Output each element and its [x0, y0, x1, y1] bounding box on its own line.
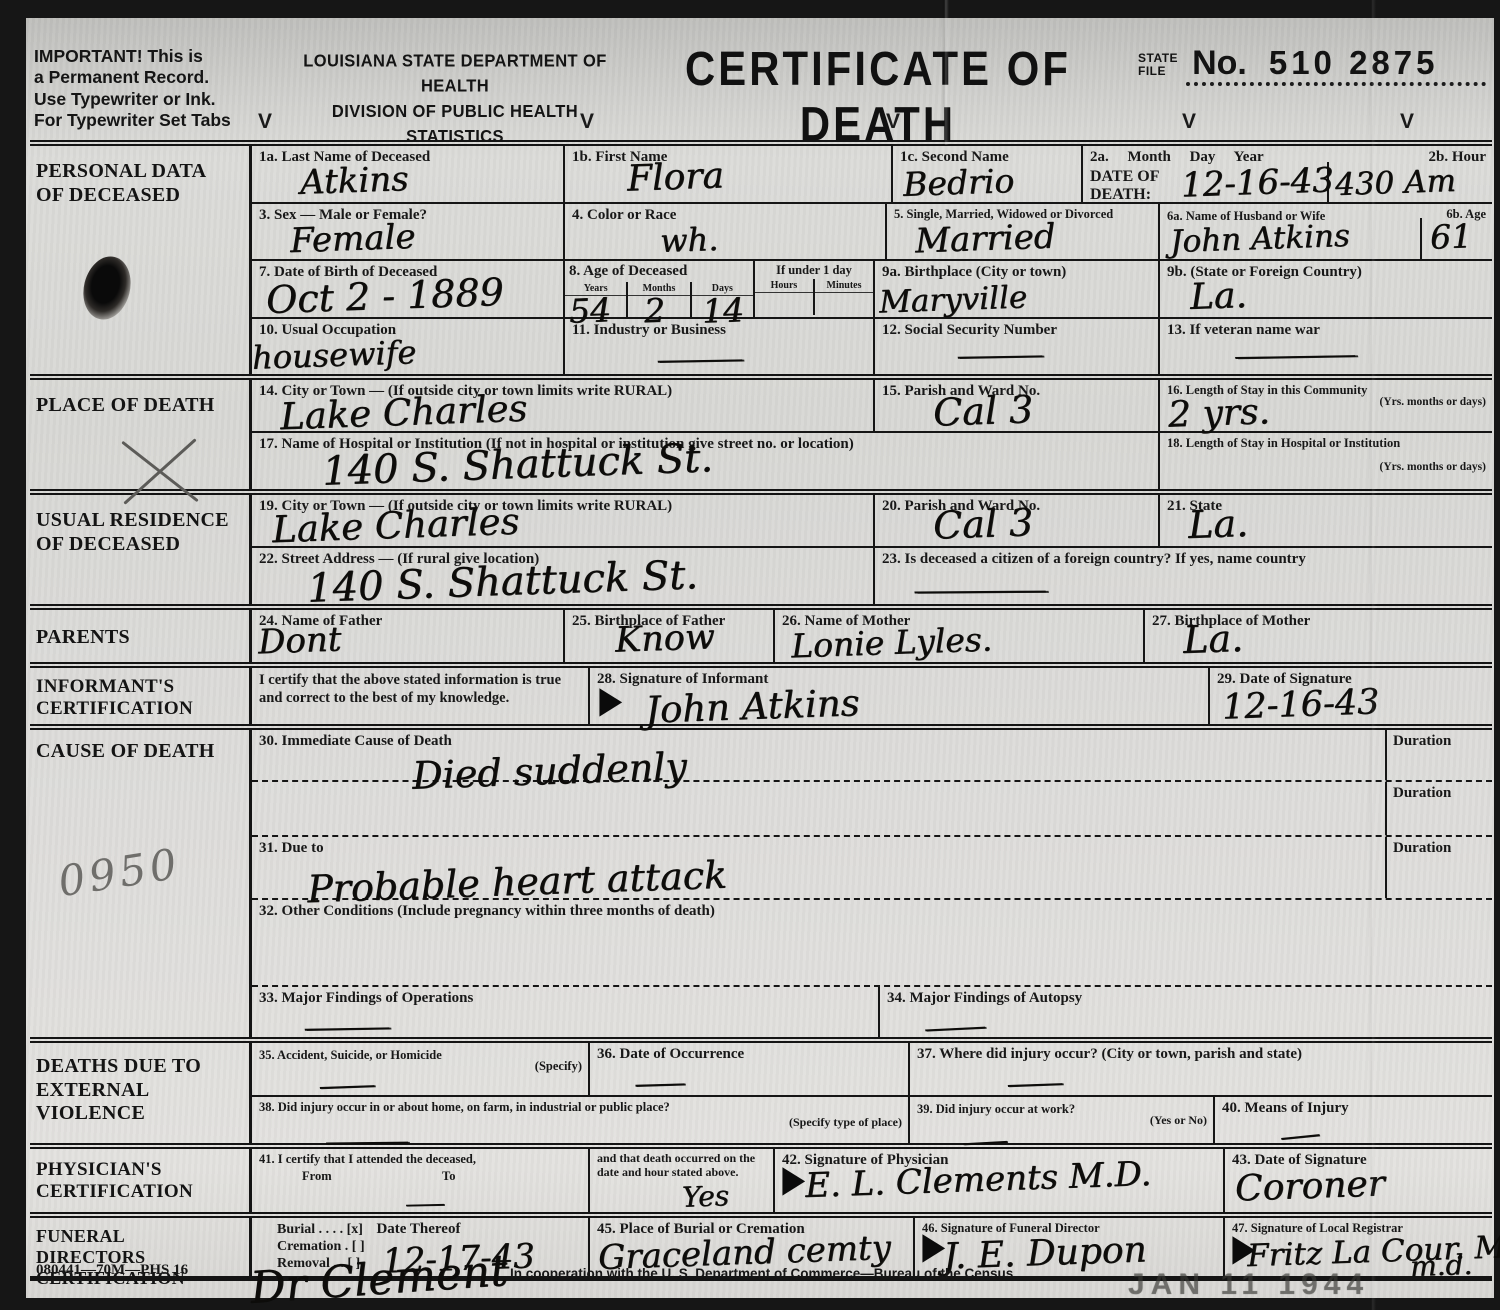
handwritten-dash: —	[298, 1012, 396, 1044]
field-4-color-race: 4. Color or Race wh.	[565, 204, 887, 259]
handwritten-birthplace: Maryville	[879, 282, 1028, 318]
field-13-veteran: 13. If veteran name war —	[1160, 319, 1492, 374]
tab-marker: V	[580, 110, 594, 134]
section-label-place: PLACE OF DEATH	[30, 380, 252, 489]
signature-arrow-icon: ►	[592, 677, 630, 725]
field-9a-birthplace: 9a. Birthplace (City or town) Maryville	[875, 261, 1160, 317]
row-occupation: 10. Usual Occupation housewife 11. Indus…	[252, 317, 1492, 374]
field-36-date-of-occurrence: 36. Date of Occurrence —	[590, 1043, 910, 1095]
field-label: 12. Social Security Number	[882, 322, 1151, 339]
handwritten-mother-name: Lonie Lyles.	[790, 623, 992, 663]
field-label: 18. Length of Stay in Hospital or Instit…	[1167, 436, 1485, 450]
field-29-signature-date: 29. Date of Signature 12-16-43	[1210, 668, 1492, 724]
field-28-informant-signature: 28. Signature of Informant ► John Atkins	[590, 668, 1210, 724]
handwritten-last-name: Atkins	[299, 162, 409, 200]
age-months-col: Months 2	[628, 282, 691, 318]
field-under-1-day: If under 1 day Hours Minutes	[755, 261, 875, 317]
handwritten-informant-signature: John Atkins	[644, 684, 860, 728]
field-label: If under 1 day	[755, 261, 873, 279]
handwritten-dash: —	[1225, 340, 1366, 372]
to-label: To	[442, 1169, 455, 1183]
duration-label: Duration	[1393, 785, 1451, 801]
field-34-autopsy: 34. Major Findings of Autopsy —	[880, 987, 1492, 1037]
row-findings: 33. Major Findings of Operations — 34. M…	[252, 985, 1492, 1037]
field-31-due-to: 31. Due to Probable heart attack	[252, 837, 1385, 898]
field-label: 41. I certify that I attended the deceas…	[259, 1152, 581, 1166]
section-usual-residence: USUAL RESIDENCE OF DECEASED 19. City or …	[30, 489, 1492, 604]
handwritten-dash: —	[651, 344, 749, 376]
handwritten-dash: —	[403, 1191, 446, 1218]
field-40-means-of-injury: 40. Means of Injury —	[1215, 1097, 1492, 1143]
handwritten-dash: —	[315, 1070, 379, 1102]
field-3-sex: 3. Sex — Male or Female? Female	[252, 204, 565, 259]
field-38-injury-place: 38. Did injury occur in or about home, o…	[252, 1097, 910, 1143]
field-1c-second-name: 1c. Second Name Bedrio	[893, 146, 1083, 202]
handwritten-coroner: Coroner	[1234, 1166, 1385, 1207]
handwritten-dash: —	[320, 1126, 413, 1157]
field-label: 23. Is deceased a citizen of a foreign c…	[882, 551, 1485, 568]
row-parents: 24. Name of Father Dont 25. Birthplace o…	[252, 610, 1492, 662]
duration-label: Duration	[1393, 840, 1451, 856]
field-41-death-occurred: and that death occurred on the date and …	[590, 1149, 775, 1212]
tab-marker: V	[258, 110, 272, 134]
field-27-mother-birthplace: 27. Birthplace of Mother La.	[1145, 610, 1492, 662]
field-sublabel: (Yrs. months or days)	[1380, 396, 1487, 408]
field-30-immediate-cause: 30. Immediate Cause of Death Died sudden…	[252, 730, 1385, 780]
important-line: a Permanent Record.	[34, 67, 269, 88]
tab-marker: V	[886, 110, 900, 134]
handwritten-physician-signature: E. L. Clements M.D.	[805, 1157, 1152, 1203]
important-line: For Typewriter Set Tabs	[34, 110, 269, 131]
handwritten-dash: —	[906, 575, 1055, 606]
field-37-injury-location: 37. Where did injury occur? (City or tow…	[910, 1043, 1492, 1095]
field-sublabel: (Specify)	[535, 1059, 582, 1074]
field-39-injury-at-work: 39. Did injury occur at work? (Yes or No…	[910, 1097, 1215, 1143]
section-label-personal: PERSONAL DATA OF DECEASED	[30, 146, 252, 374]
handwritten-death-date: 12-16-43	[1180, 163, 1334, 202]
handwritten-dash: —	[951, 340, 1049, 372]
section-external-violence: DEATHS DUE TO EXTERNAL VIOLENCE 35. Acci…	[30, 1037, 1492, 1143]
age-divider	[1420, 218, 1422, 259]
field-label: 28. Signature of Informant	[597, 671, 1201, 688]
field-33-operations: 33. Major Findings of Operations —	[252, 987, 880, 1037]
row-birth-age: 7. Date of Birth of Deceased Oct 2 - 188…	[252, 259, 1492, 317]
handwritten-death-city: Lake Charles	[279, 390, 527, 436]
handwritten-second-name: Bedrio	[902, 164, 1014, 201]
field-label: 31. Due to	[259, 840, 1378, 857]
file-label: FILE	[1138, 64, 1166, 78]
field-43-physician-date: 43. Date of Signature Coroner	[1225, 1149, 1492, 1212]
duration-column: Duration	[1385, 782, 1492, 835]
handwritten-birth-state: La.	[1189, 278, 1247, 316]
scanned-death-certificate: IMPORTANT! This is a Permanent Record. U…	[0, 0, 1500, 1310]
hours-label: Hours	[755, 279, 813, 293]
certificate-form: PERSONAL DATA OF DECEASED 1a. Last Name …	[30, 140, 1492, 1281]
field-9b-birth-state: 9b. (State or Foreign Country) La.	[1160, 261, 1492, 317]
handwritten-spouse-age: 61	[1429, 219, 1472, 253]
state-file-label: STATE FILE	[1138, 52, 1178, 78]
important-note: IMPORTANT! This is a Permanent Record. U…	[34, 46, 269, 131]
row-hospital: 17. Name of Hospital or Institution (If …	[252, 431, 1492, 489]
duration-column: Duration	[1385, 730, 1492, 780]
row-residence-city: 19. City or Town — (If outside city or t…	[252, 495, 1492, 546]
label-line: DEATH:	[1090, 186, 1151, 203]
row-death-city: 14. City or Town — (If outside city or t…	[252, 380, 1492, 431]
state-file-number: STATE FILE No. 510 2875	[1138, 52, 1488, 83]
handwritten-hospital: 140 S. Shattuck St.	[321, 438, 713, 492]
from-label: From	[302, 1169, 332, 1183]
issuing-department: LOUISIANA STATE DEPARTMENT OF HEALTH DIV…	[290, 50, 620, 150]
handwritten-marital-status: Married	[914, 220, 1055, 259]
no-label: No.	[1192, 44, 1247, 83]
minutes-label: Minutes	[815, 279, 873, 293]
row-due-to: 31. Due to Probable heart attack Duratio…	[252, 835, 1492, 898]
field-label: 9a. Birthplace (City or town)	[882, 264, 1151, 281]
age-days-col: Days 14	[692, 282, 753, 318]
handwritten-sex: Female	[289, 220, 415, 258]
field-label: 36. Date of Occurrence	[597, 1046, 901, 1063]
handwritten-spouse-name: John Atkins	[1170, 221, 1351, 258]
section-label-parents: PARENTS	[30, 610, 252, 662]
section-informant: INFORMANT'S CERTIFICATION I certify that…	[30, 662, 1492, 724]
handwritten-residence-parish: Cal 3	[932, 503, 1033, 544]
field-25-father-birthplace: 25. Birthplace of Father Know	[565, 610, 775, 662]
handwritten-age-months: 2	[644, 294, 666, 328]
section-physician: PHYSICIAN'S CERTIFICATION 41. I certify …	[30, 1143, 1492, 1212]
tab-marker: V	[1400, 110, 1414, 134]
field-12-ssn: 12. Social Security Number —	[875, 319, 1160, 374]
section-label-violence: DEATHS DUE TO EXTERNAL VIOLENCE	[30, 1043, 252, 1143]
field-41-attended: 41. I certify that I attended the deceas…	[252, 1149, 590, 1212]
cremation-option: Cremation . [ ]	[277, 1239, 365, 1254]
received-date-stamp: JAN 11 1944	[1128, 1268, 1369, 1302]
field-8-age: 8. Age of Deceased Years 54 Months 2 Day…	[565, 261, 755, 317]
minutes-col: Minutes	[815, 279, 873, 315]
field-22-street-address: 22. Street Address — (If rural give loca…	[252, 548, 875, 604]
field-20-parish-ward: 20. Parish and Ward No. Cal 3	[875, 495, 1160, 546]
dotted-leader	[1186, 82, 1486, 86]
field-label: 4. Color or Race	[572, 207, 878, 224]
handwritten-street-address: 140 S. Shattuck St.	[306, 555, 698, 609]
section-label-physician: PHYSICIAN'S CERTIFICATION	[30, 1149, 252, 1212]
handwritten-parish: Cal 3	[932, 390, 1033, 431]
date-of-death-label: DATE OF DEATH:	[1090, 168, 1159, 205]
field-sublabel: (Specify type of place)	[789, 1115, 902, 1130]
handwritten-dash: —	[1003, 1068, 1067, 1100]
handwritten-dash: —	[1276, 1119, 1323, 1153]
handwritten-dash: —	[919, 1012, 992, 1045]
handwritten-signature-date: 12-16-43	[1221, 685, 1379, 725]
form-number: 080441—70M—PHS 16	[36, 1262, 188, 1279]
handwritten-immediate-cause: Died suddenly	[411, 747, 687, 795]
field-1b-first-name: 1b. First Name Flora	[565, 146, 893, 202]
handwritten-residence-city: Lake Charles	[271, 503, 519, 549]
row-street-address: 22. Street Address — (If rural give loca…	[252, 546, 1492, 604]
field-18-hospital-stay: 18. Length of Stay in Hospital or Instit…	[1160, 433, 1492, 489]
field-21-state: 21. State La.	[1160, 495, 1492, 546]
informant-statement: I certify that the above stated informat…	[252, 668, 590, 724]
statement-text: I certify that the above stated informat…	[259, 671, 581, 707]
row-informant: I certify that the above stated informat…	[252, 668, 1492, 724]
duration-label: Duration	[1393, 733, 1451, 749]
field-10-occupation: 10. Usual Occupation housewife	[252, 319, 565, 374]
handwritten-residence-state: La.	[1187, 504, 1248, 544]
date-thereof-label: Date Thereof	[376, 1221, 460, 1237]
field-label: 1b. First Name	[572, 149, 884, 166]
file-number-value: 510 2875	[1269, 44, 1439, 82]
state-label: STATE	[1138, 51, 1178, 65]
section-parents: PARENTS 24. Name of Father Dont 25. Birt…	[30, 604, 1492, 662]
label-line: DATE OF	[1090, 168, 1159, 185]
field-5-marital-status: 5. Single, Married, Widowed or Divorced …	[887, 204, 1160, 259]
field-23-foreign-citizen: 23. Is deceased a citizen of a foreign c…	[875, 548, 1492, 604]
row-other-conditions: 32. Other Conditions (Include pregnancy …	[252, 898, 1492, 985]
important-line: Use Typewriter or Ink.	[34, 89, 269, 110]
field-16-community-stay: 16. Length of Stay in this Community (Yr…	[1160, 380, 1492, 431]
field-19-city: 19. City or Town — (If outside city or t…	[252, 495, 875, 546]
field-17-hospital: 17. Name of Hospital or Institution (If …	[252, 433, 1160, 489]
field-sublabel: (Yes or No)	[1150, 1113, 1207, 1128]
field-35-accident-suicide-homicide: 35. Accident, Suicide, or Homicide (Spec…	[252, 1043, 590, 1095]
handwritten-age-days: 14	[701, 294, 744, 328]
field-label: and that death occurred on the date and …	[597, 1152, 766, 1180]
age-years-col: Years 54	[565, 282, 628, 318]
handwritten-yes: Yes	[682, 1182, 730, 1212]
field-6-spouse: 6a. Name of Husband or Wife 6b. Age John…	[1160, 204, 1492, 259]
hours-col: Hours	[755, 279, 815, 315]
field-sublabel: (Yrs. months or days)	[1380, 461, 1487, 473]
cooperation-note: In cooperation with the U. S. Department…	[510, 1266, 1013, 1281]
row-accident: 35. Accident, Suicide, or Homicide (Spec…	[252, 1043, 1492, 1095]
row-names: 1a. Last Name of Deceased Atkins 1b. Fir…	[252, 146, 1492, 202]
field-32-other-conditions: 32. Other Conditions (Include pregnancy …	[252, 900, 1492, 985]
handwritten-age-years: 54	[568, 294, 611, 328]
row-physician: 41. I certify that I attended the deceas…	[252, 1149, 1492, 1212]
field-42-physician-signature: 42. Signature of Physician ► E. L. Cleme…	[775, 1149, 1225, 1212]
section-personal-data: PERSONAL DATA OF DECEASED 1a. Last Name …	[30, 140, 1492, 374]
handwritten-birth-date: Oct 2 - 1889	[265, 273, 504, 319]
field-label: 8. Age of Deceased	[565, 261, 753, 282]
duration-column: Duration	[1385, 837, 1492, 898]
handwritten-community-stay: 2 yrs.	[1167, 394, 1270, 434]
handwritten-dash: —	[632, 1068, 689, 1100]
field-label: 34. Major Findings of Autopsy	[887, 990, 1485, 1007]
section-label-informant: INFORMANT'S CERTIFICATION	[30, 668, 252, 724]
burial-option: Burial . . . . [x]	[277, 1222, 363, 1237]
field-1a-last-name: 1a. Last Name of Deceased Atkins	[252, 146, 565, 202]
row-immediate-cause: 30. Immediate Cause of Death Died sudden…	[252, 730, 1492, 780]
field-label: 40. Means of Injury	[1222, 1100, 1485, 1117]
handwritten-occupation: housewife	[251, 336, 416, 374]
handwritten-first-name: Flora	[626, 158, 724, 197]
field-24-father-name: 24. Name of Father Dont	[252, 610, 565, 662]
field-14-city: 14. City or Town — (If outside city or t…	[252, 380, 875, 431]
tab-marker: V	[1182, 110, 1196, 134]
field-label: 37. Where did injury occur? (City or tow…	[917, 1046, 1485, 1063]
field-7-date-of-birth: 7. Date of Birth of Deceased Oct 2 - 188…	[252, 261, 565, 317]
row-injury-details: 38. Did injury occur in or about home, o…	[252, 1095, 1492, 1143]
handwritten-registrar-md: m.d.	[1410, 1251, 1473, 1281]
section-place-of-death: PLACE OF DEATH 14. City or Town — (If ou…	[30, 374, 1492, 489]
field-label: 39. Did injury occur at work?	[917, 1102, 1075, 1116]
department-line: LOUISIANA STATE DEPARTMENT OF HEALTH	[290, 50, 620, 100]
handwritten-race: wh.	[659, 223, 718, 257]
important-line: IMPORTANT! This is	[34, 46, 269, 67]
field-label: 35. Accident, Suicide, or Homicide	[259, 1048, 442, 1062]
handwritten-dash: —	[959, 1126, 1011, 1159]
handwritten-mother-birthplace: La.	[1182, 619, 1243, 659]
field-26-mother-name: 26. Name of Mother Lonie Lyles.	[775, 610, 1145, 662]
field-15-parish-ward: 15. Parish and Ward No. Cal 3	[875, 380, 1160, 431]
section-cause-of-death: CAUSE OF DEATH 30. Immediate Cause of De…	[30, 724, 1492, 1037]
field-label: 33. Major Findings of Operations	[259, 990, 871, 1007]
handwritten-death-hour: 430 Am	[1334, 166, 1456, 201]
row-sex-race-marital: 3. Sex — Male or Female? Female 4. Color…	[252, 202, 1492, 259]
field-2-date-of-death: 2a. Month Day Year 2b. Hour DATE OF DEAT…	[1083, 146, 1492, 202]
handwritten-father-name: Dont	[257, 623, 341, 660]
field-label: 30. Immediate Cause of Death	[259, 733, 1378, 750]
section-label-residence: USUAL RESIDENCE OF DECEASED	[30, 495, 252, 604]
certificate-title: CERTIFICATE OF DEATH	[664, 42, 1092, 153]
handwritten-father-birthplace: Know	[614, 620, 715, 658]
